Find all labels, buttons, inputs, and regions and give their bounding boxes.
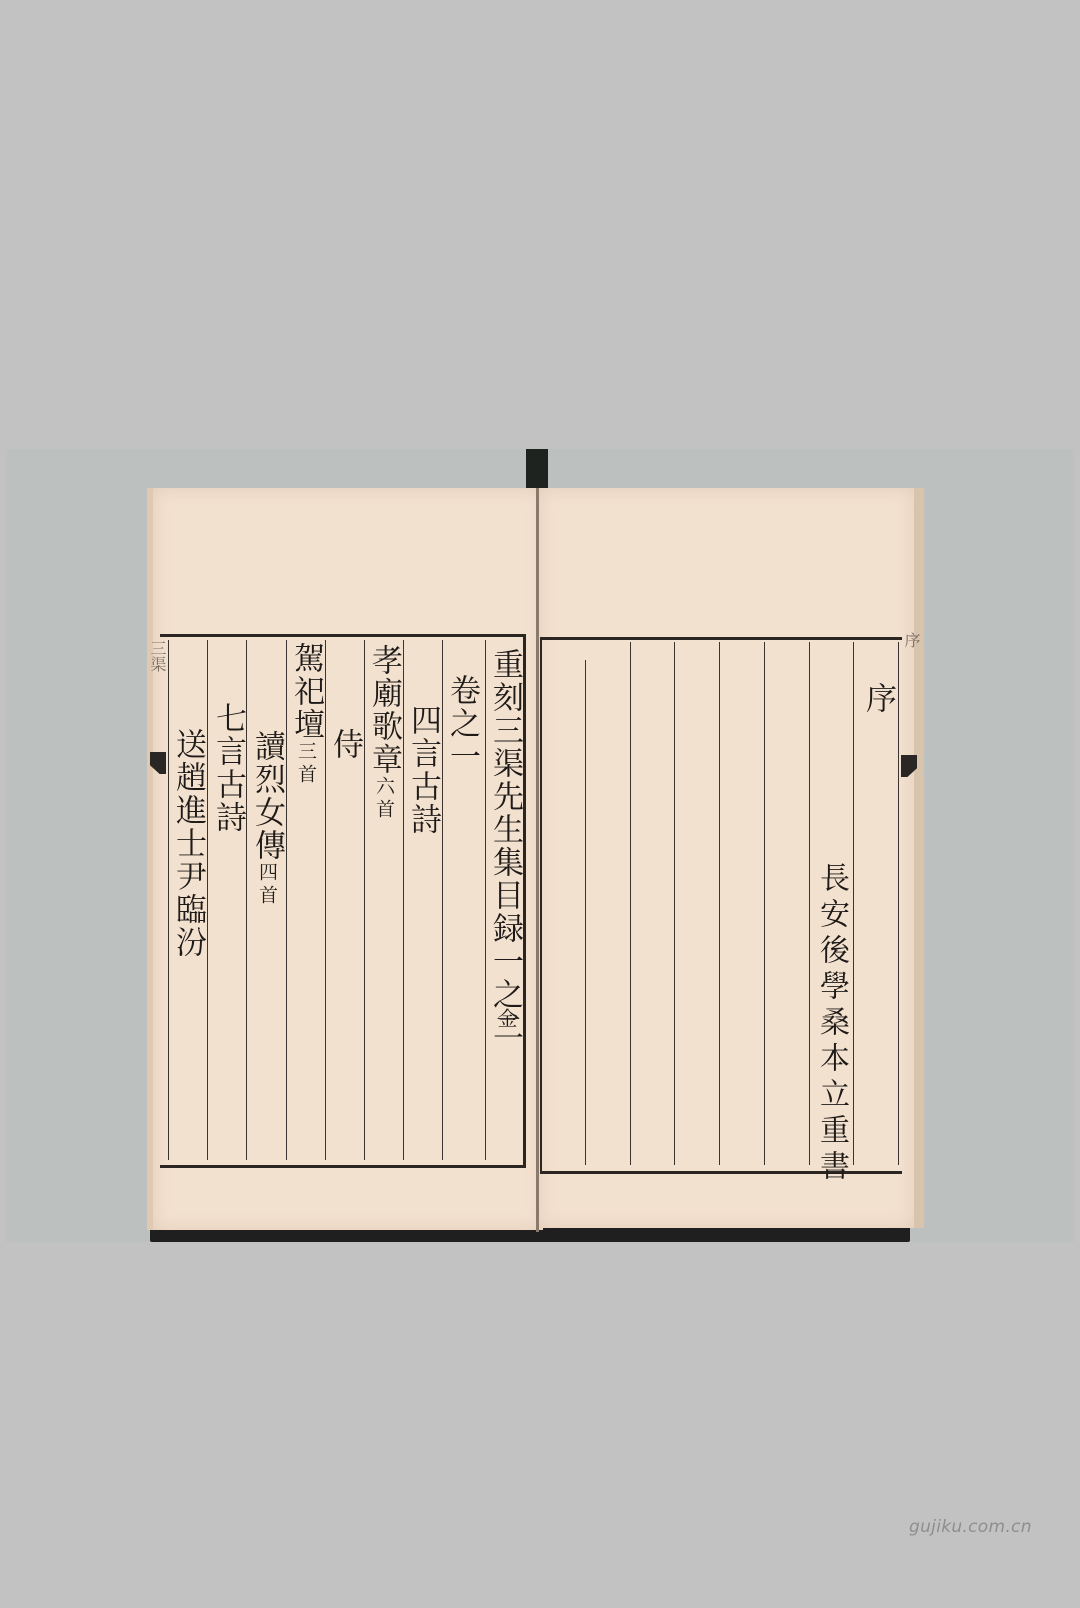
entry-jia-si-tan: 駕祀壇三首: [290, 642, 321, 787]
left-edge-text: 三渠: [146, 640, 169, 672]
column-rule: [674, 642, 675, 1165]
site-watermark: gujiku.com.cn: [909, 1517, 1032, 1537]
column-rule: [325, 640, 326, 1160]
entry-xiaomiao-gezhang: 孝廟歌章六首: [368, 644, 399, 822]
column-rule: [364, 640, 365, 1160]
column-rule: [286, 640, 287, 1160]
genre-heading-four-character: 四言古詩: [407, 704, 438, 836]
entry-du-lienu-zhuan: 讀烈女傳四首: [251, 730, 282, 908]
book-gutter: [536, 488, 539, 1232]
column-rule: [898, 642, 899, 1165]
volume-heading: 卷之一: [446, 674, 477, 773]
column-rule: [630, 642, 631, 1165]
column-rule: [485, 640, 486, 1160]
column-rule: [764, 642, 765, 1165]
column-rule: [168, 640, 169, 1160]
column-rule: [403, 640, 404, 1160]
right-edge-text: 序: [900, 632, 923, 648]
leaf-marker: 金: [496, 1008, 516, 1030]
preface-heading: 序: [862, 682, 893, 715]
column-rule: [809, 642, 810, 1165]
genre-heading-seven-character: 七言古詩: [212, 702, 243, 834]
column-rule: [207, 640, 208, 1160]
book-title-column: 重刻三渠先生集目録一之二: [489, 648, 520, 1044]
column-rule: [246, 640, 247, 1160]
book-spine: [526, 449, 548, 489]
entry-song-zhao-jinshi: 送趙進士尹臨汾: [172, 728, 203, 959]
column-rule: [442, 640, 443, 1160]
column-rule: [853, 642, 854, 1165]
column-rule: [585, 660, 586, 1165]
column-rule: [719, 642, 720, 1165]
entry-shi: 侍: [329, 728, 360, 761]
preface-signature: 長安後學桑本立重書: [816, 862, 846, 1186]
